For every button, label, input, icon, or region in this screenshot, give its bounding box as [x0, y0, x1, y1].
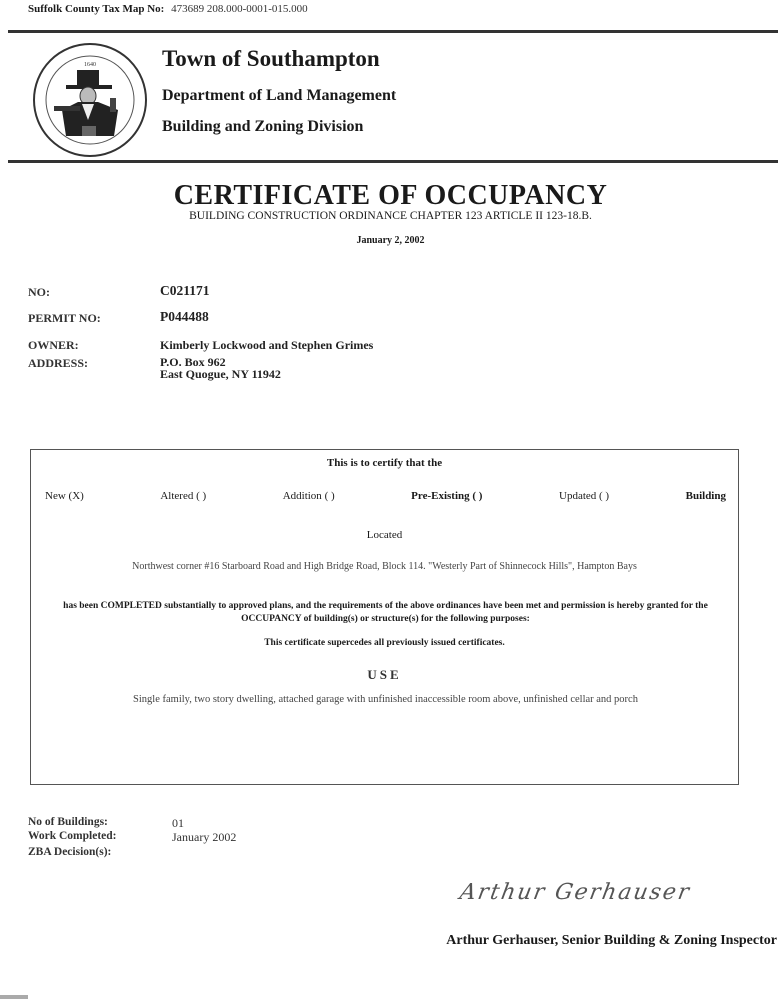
buildings-value: 01	[172, 816, 184, 831]
division-name: Building and Zoning Division	[162, 118, 363, 136]
certificate-date: January 2, 2002	[0, 235, 781, 246]
located-label: Located	[31, 529, 738, 541]
certificate-subtitle: BUILDING CONSTRUCTION ORDINANCE CHAPTER …	[0, 210, 781, 222]
signer-name-title: Arthur Gerhauser, Senior Building & Zoni…	[446, 933, 777, 949]
address-label: ADDRESS:	[28, 356, 88, 371]
building-type-options: New (X) Altered ( ) Addition ( ) Pre-Exi…	[45, 490, 726, 502]
owner-label: OWNER:	[28, 338, 79, 353]
address-value: P.O. Box 962 East Quogue, NY 11942	[160, 356, 281, 380]
town-seal-icon: 1640	[30, 40, 150, 160]
tax-map-value: 473689 208.000-0001-015.000	[171, 3, 308, 15]
zba-decision-label: ZBA Decision(s):	[28, 846, 111, 858]
certify-text: This is to certify that the	[31, 457, 738, 469]
type-building: Building	[686, 490, 726, 502]
org-name: Town of Southampton	[162, 46, 380, 72]
certificate-title: CERTIFICATE OF OCCUPANCY	[0, 180, 781, 212]
supersedes-statement: This certificate supercedes all previous…	[31, 638, 738, 648]
no-value: C021171	[160, 283, 210, 299]
type-new: New (X)	[45, 490, 84, 502]
location-description: Northwest corner #16 Starboard Road and …	[31, 561, 738, 572]
tax-map-label: Suffolk County Tax Map No:	[28, 3, 164, 15]
permit-value: P044488	[160, 309, 209, 325]
use-header: USE	[31, 667, 738, 683]
buildings-label: No of Buildings:	[28, 816, 108, 828]
work-completed-label: Work Completed:	[28, 830, 116, 842]
completion-statement: has been COMPLETED substantially to appr…	[39, 600, 732, 626]
type-updated: Updated ( )	[559, 490, 609, 502]
work-completed-value: January 2002	[172, 830, 236, 845]
use-description: Single family, two story dwelling, attac…	[91, 693, 680, 706]
header-top-rule	[8, 30, 778, 33]
seal-year: 1640	[84, 62, 96, 68]
owner-value: Kimberly Lockwood and Stephen Grimes	[160, 338, 373, 353]
type-addition: Addition ( )	[283, 490, 335, 502]
header-bottom-rule	[8, 160, 778, 163]
scan-artifact	[0, 995, 28, 999]
permit-label: PERMIT NO:	[28, 311, 101, 326]
department-name: Department of Land Management	[162, 87, 396, 105]
address-line-2: East Quogue, NY 11942	[160, 368, 281, 380]
signature: Arthur Gerhauser	[458, 880, 693, 905]
no-label: NO:	[28, 285, 50, 300]
type-altered: Altered ( )	[160, 490, 206, 502]
certification-box: This is to certify that the New (X) Alte…	[30, 449, 739, 785]
tax-map-number: Suffolk County Tax Map No: 473689 208.00…	[28, 3, 308, 15]
type-pre-existing: Pre-Existing ( )	[411, 490, 482, 502]
